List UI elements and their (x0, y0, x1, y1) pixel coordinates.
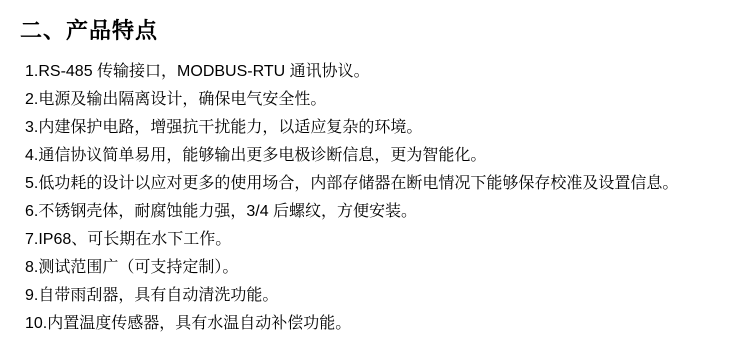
feature-item: 1.RS-485 传输接口，MODBUS-RTU 通讯协议。 (25, 58, 749, 86)
feature-item: 5.低功耗的设计以应对更多的使用场合，内部存储器在断电情况下能够保存校准及设置信… (25, 170, 749, 198)
feature-item: 8.测试范围广（可支持定制）。 (25, 254, 749, 282)
feature-item: 2.电源及输出隔离设计，确保电气安全性。 (25, 86, 749, 114)
feature-list: 1.RS-485 传输接口，MODBUS-RTU 通讯协议。2.电源及输出隔离设… (25, 58, 749, 338)
document-page: 二、产品特点 1.RS-485 传输接口，MODBUS-RTU 通讯协议。2.电… (0, 0, 749, 360)
feature-item: 6.不锈钢壳体，耐腐蚀能力强，3/4 后螺纹，方便安装。 (25, 198, 749, 226)
feature-item: 9.自带雨刮器，具有自动清洗功能。 (25, 282, 749, 310)
section-heading: 二、产品特点 (0, 0, 749, 45)
feature-item: 3.内建保护电路，增强抗干扰能力，以适应复杂的环境。 (25, 114, 749, 142)
feature-item: 10.内置温度传感器，具有水温自动补偿功能。 (25, 310, 749, 338)
feature-item: 4.通信协议简单易用，能够输出更多电极诊断信息，更为智能化。 (25, 142, 749, 170)
feature-item: 7.IP68、可长期在水下工作。 (25, 226, 749, 254)
